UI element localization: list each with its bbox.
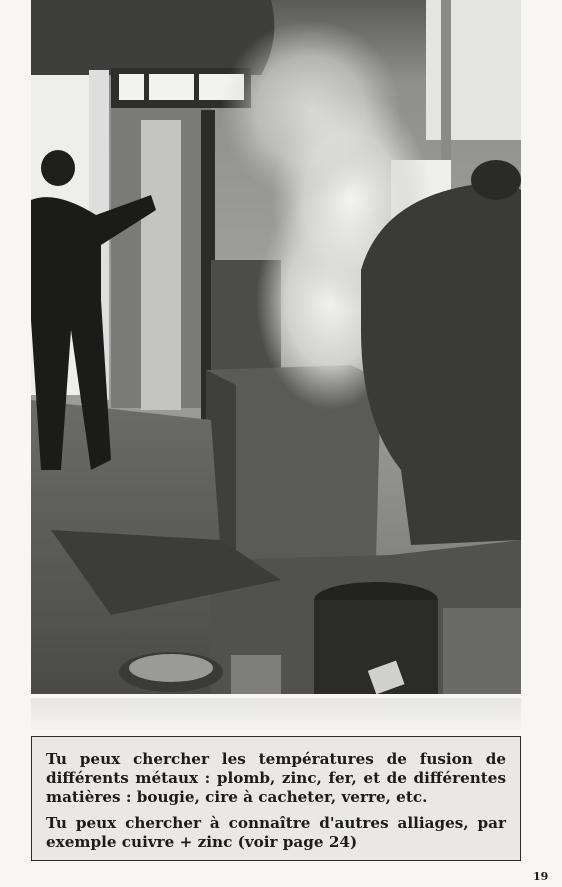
info-paragraph-melting-points: Tu peux chercher les températures de fus… bbox=[46, 750, 506, 807]
info-paragraph-alloys: Tu peux chercher à connaître d'autres al… bbox=[46, 814, 506, 852]
info-box: Tu peux chercher les températures de fus… bbox=[31, 736, 521, 861]
photo-illustration bbox=[31, 0, 521, 694]
foundry-photo bbox=[31, 0, 521, 694]
show-through-text bbox=[31, 698, 521, 730]
page-number: 19 bbox=[533, 870, 548, 883]
